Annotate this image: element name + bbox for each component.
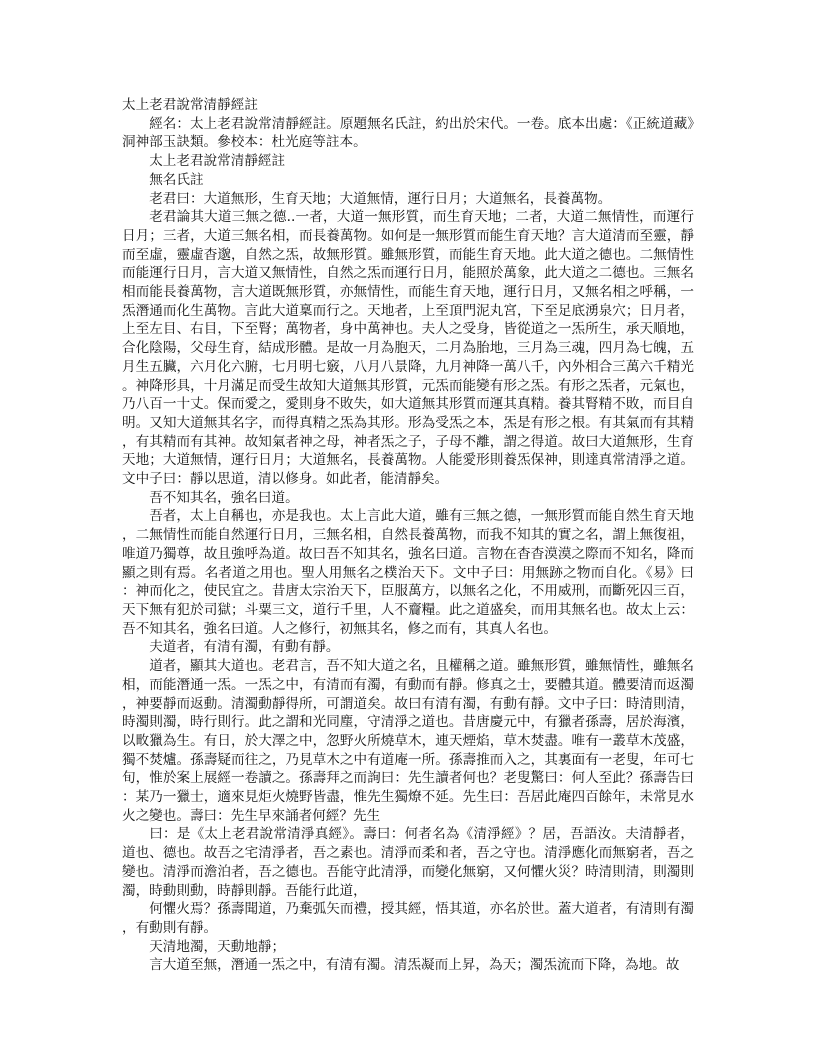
document-title: 太上老君說常清靜經註	[122, 96, 694, 115]
paragraph-commentary-3: 道者，顯其大道也。老君言，吾不知大道之名，且權稱之道。雖無形質，雖無情性，雖無名…	[122, 657, 694, 825]
paragraph-scripture-verse-1: 老君曰：大道無形，生育天地；大道無情，運行日月；大道無名，長養萬物。	[122, 190, 694, 209]
paragraph-scripture-verse-3: 夫道者，有清有濁，有動有靜。	[122, 638, 694, 657]
paragraph-scripture-info: 經名：太上老君說常清靜經註。原題無名氏註，約出於宋代。一卷。底本出處：《正統道藏…	[122, 115, 694, 152]
paragraph-commentary-3-end: 何懼火焉？孫壽聞道，乃棄弧矢而禮，授其經，悟其道，亦名於世。蓋大道者，有清則有濁…	[122, 900, 694, 937]
paragraph-subtitle: 太上老君說常清靜經註	[122, 152, 694, 171]
document-page: 太上老君說常清靜經註 經名：太上老君說常清靜經註。原題無名氏註，約出於宋代。一卷…	[122, 96, 694, 975]
paragraph-commentary-1: 老君論其大道三無之德..一者，大道一無形質，而生育天地；二者，大道二無情性，而運…	[122, 208, 694, 489]
paragraph-commentary-4: 言大道至無，潛通一炁之中，有清有濁。清炁凝而上昇，為天；濁炁流而下降，為地。故	[122, 956, 694, 975]
paragraph-scripture-verse-4: 天清地濁，天動地靜；	[122, 938, 694, 957]
paragraph-commentary-3-cont: 曰：是《太上老君說常清淨真經》。壽曰：何者名為《清淨經》？居，吾語汝。夫清靜者，…	[122, 825, 694, 900]
paragraph-scripture-verse-2: 吾不知其名，強名曰道。	[122, 489, 694, 508]
paragraph-commentary-2: 吾者，太上自稱也，亦是我也。太上言此大道，雖有三無之德，一無形質而能自然生育天地…	[122, 507, 694, 638]
paragraph-annotator: 無名氏註	[122, 171, 694, 190]
